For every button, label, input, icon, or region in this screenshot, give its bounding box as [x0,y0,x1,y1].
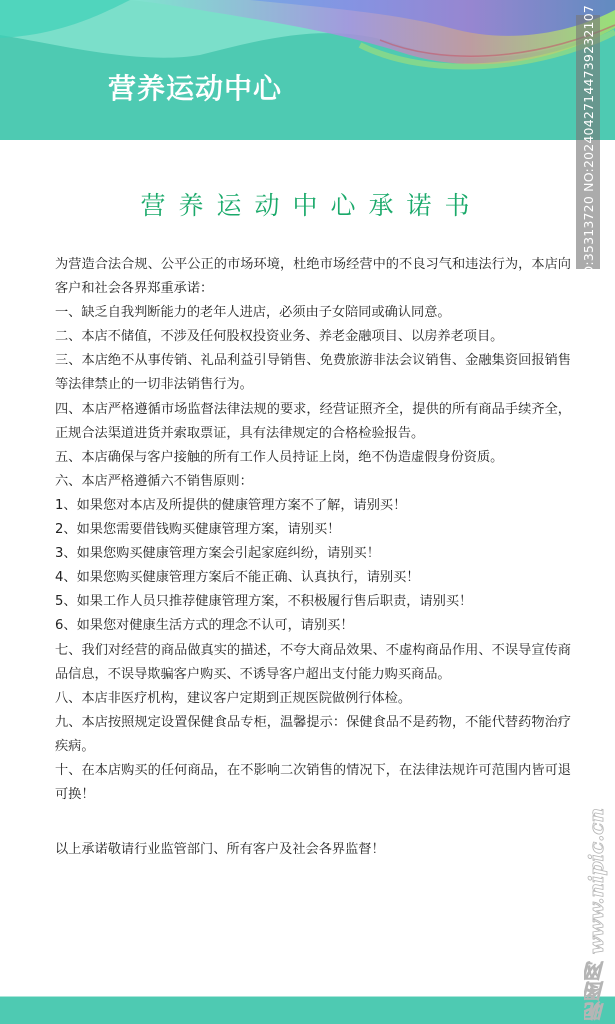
intro-paragraph: 为营造合法合规、公平公正的市场环境，杜绝市场经营中的不良习气和违法行为，本店向客… [55,253,571,301]
commitment-item-4: 四、本店严格遵循市场监督法律法规的要求，经营证照齐全，提供的所有商品手续齐全，正… [55,398,571,446]
commitment-item-8: 八、本店非医疗机构，建议客户定期到正规医院做例行体检。 [55,687,571,711]
no-sale-rule-4: 4、如果您购买健康管理方案后不能正确、认真执行，请别买！ [55,566,571,590]
footer-bar [0,996,615,1024]
commitment-item-1: 一、缺乏自我判断能力的老年人进店，必须由子女陪同或确认同意。 [55,301,571,325]
no-sale-rule-2: 2、如果您需要借钱购买健康管理方案，请别买！ [55,518,571,542]
header-title: 营养运动中心 [108,67,282,107]
no-sale-rule-3: 3、如果您购买健康管理方案会引起家庭纠纷，请别买！ [55,542,571,566]
closing-statement: 以上承诺敬请行业监管部门、所有客户及社会各界监督！ [55,838,571,862]
id-stamp: ID:35313720 NO:20240427144739232107 [576,15,600,269]
document-title: 营养运动中心承诺书 [0,186,615,222]
watermark: 昵图网 www.nipic.cn [580,808,610,1023]
commitment-item-3: 三、本店绝不从事传销、礼品利益引导销售、免费旅游非法会议销售、金融集资回报销售等… [55,349,571,397]
commitment-item-10: 十、在本店购买的任何商品，在不影响二次销售的情况下，在法律法规许可范围内皆可退可… [55,759,571,807]
no-sale-rule-5: 5、如果工作人员只推荐健康管理方案，不积极履行售后职责，请别买！ [55,590,571,614]
commitment-item-9: 九、本店按照规定设置保健食品专柜，温馨提示：保健食品不是药物，不能代替药物治疗疾… [55,711,571,759]
no-sale-rule-1: 1、如果您对本店及所提供的健康管理方案不了解，请别买！ [55,494,571,518]
commitment-item-7: 七、我们对经营的商品做真实的描述，不夸大商品效果、不虚构商品作用、不误导宣传商品… [55,639,571,687]
wave-decoration-icon [0,0,615,140]
commitment-item-2: 二、本店不储值，不涉及任何股权投资业务、养老金融项目、以房养老项目。 [55,325,571,349]
document-body: 为营造合法合规、公平公正的市场环境，杜绝市场经营中的不良习气和违法行为，本店向客… [55,253,571,807]
commitment-item-6: 六、本店严格遵循六不销售原则： [55,470,571,494]
id-stamp-text: ID:35313720 NO:20240427144739232107 [581,5,596,279]
commitment-item-5: 五、本店确保与客户接触的所有工作人员持证上岗，绝不伪造虚假身份资质。 [55,446,571,470]
header-banner: 营养运动中心 [0,0,615,140]
no-sale-rule-6: 6、如果您对健康生活方式的理念不认可，请别买！ [55,614,571,638]
watermark-text: 昵图网 www.nipic.cn [581,808,610,1021]
